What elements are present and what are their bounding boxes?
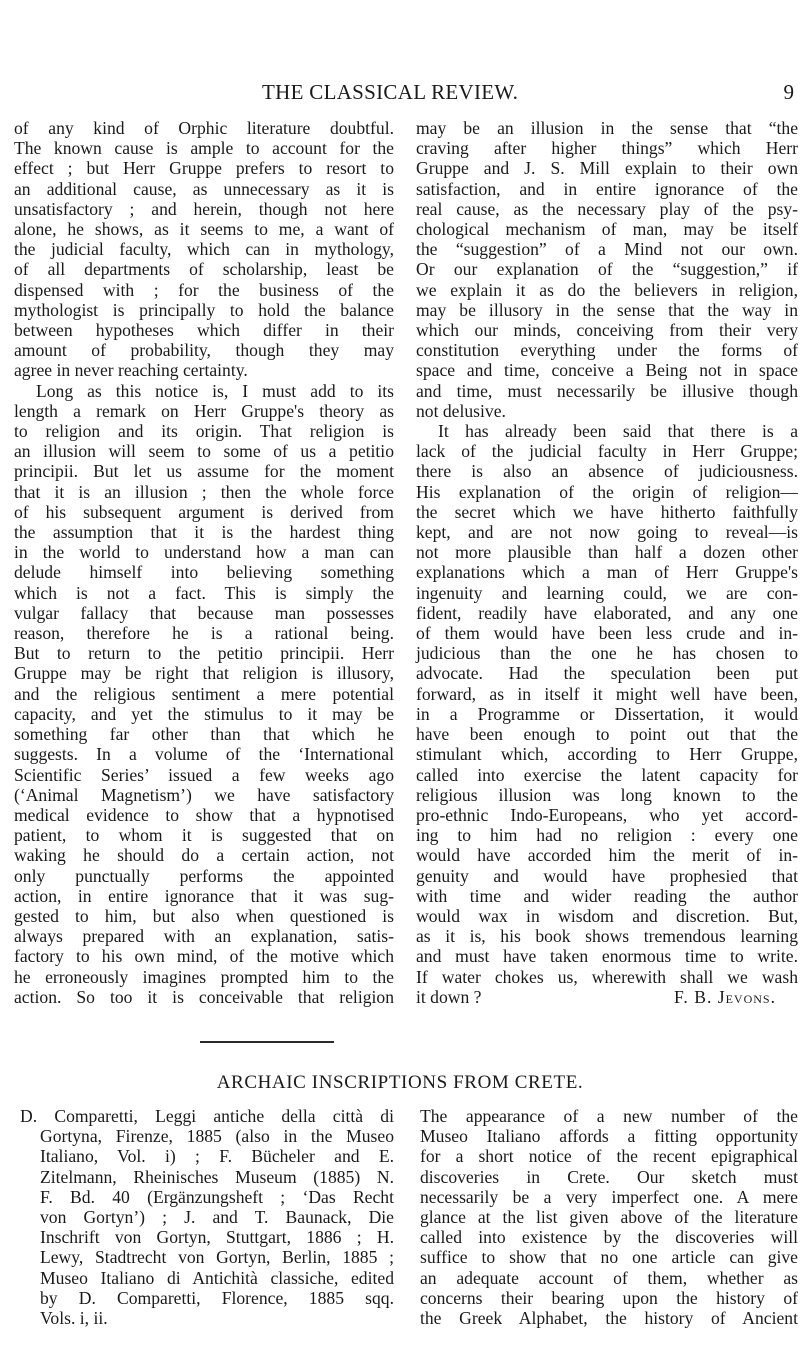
- section-divider: [200, 1041, 334, 1043]
- text-line: mythologist is principally to hold the b…: [14, 300, 394, 320]
- text-line: only punctually performs the appointed: [14, 866, 394, 886]
- text-line: The appearance of a new number of the: [420, 1106, 798, 1126]
- text-line: would have accorded him the merit of in-: [416, 845, 798, 865]
- text-line: von Gortyn’) ; J. and T. Baunack, Die: [20, 1207, 394, 1227]
- text-line: concerns their bearing upon the history …: [420, 1288, 798, 1308]
- text-line: not more plausible than half a dozen oth…: [416, 542, 798, 562]
- text-line: unsatisfactory ; and herein, though not …: [14, 199, 394, 219]
- text-line: called into existence by the discoveries…: [420, 1227, 798, 1247]
- text-line: would wax in wisdom and discretion. But,: [416, 906, 798, 926]
- text-line: the “suggestion” of a Mind not our own.: [416, 239, 798, 259]
- text-line: Scientific Series’ issued a few weeks ag…: [14, 765, 394, 785]
- text-line: explanations which a man of Herr Gruppe'…: [416, 562, 798, 582]
- text-line: chological mechanism of man, may be itse…: [416, 219, 798, 239]
- text-line: constitution everything under the forms …: [416, 340, 798, 360]
- text-line: that it is an illusion ; then the whole …: [14, 482, 394, 502]
- text-line: Inschrift von Gortyn, Stuttgart, 1886 ; …: [20, 1227, 394, 1247]
- text-line: with time and wider reading the author: [416, 886, 798, 906]
- bibliography-entry: D. Comparetti, Leggi antiche della città…: [20, 1106, 394, 1328]
- text-line: The known cause is ample to account for …: [14, 138, 394, 158]
- text-line: called into exercise the latent capacity…: [416, 765, 798, 785]
- text-line: Long as this notice is, I must add to it…: [14, 381, 394, 401]
- text-line: Museo Italiano affords a fitting opportu…: [420, 1126, 798, 1146]
- bibliography-block: D. Comparetti, Leggi antiche della città…: [20, 1106, 394, 1328]
- text-line: capacity, and yet the stimulus to it may…: [14, 704, 394, 724]
- text-line: the judicial faculty, which can in mytho…: [14, 239, 394, 259]
- text-line: delude himself into believing something: [14, 562, 394, 582]
- text-line: gested to him, but also when questioned …: [14, 906, 394, 926]
- text-line: something far other than that which he: [14, 724, 394, 744]
- text-line: His explanation of the origin of religio…: [416, 482, 798, 502]
- text-line: religious illusion was long known to the: [416, 785, 798, 805]
- text-line: Italiano, Vol. i) ; F. Bücheler and E.: [20, 1146, 394, 1166]
- text-line: vulgar fallacy that because man possesse…: [14, 603, 394, 623]
- text-line: the secret which we have hitherto faithf…: [416, 502, 798, 522]
- paragraph: The appearance of a new number of the Mu…: [420, 1106, 798, 1328]
- text-line: action. So too it is conceivable that re…: [14, 987, 394, 1007]
- text-line: for a short notice of the recent epigrap…: [420, 1146, 798, 1166]
- text-line: as it is, his book shows tremendous lear…: [416, 926, 798, 946]
- text-line: genuity and would have prophesied that: [416, 866, 798, 886]
- text-line: may be an illusion in the sense that “th…: [416, 118, 798, 138]
- text-line: length a remark on Herr Gruppe's theory …: [14, 401, 394, 421]
- text-line: pro-ethnic Indo-Europeans, who yet accor…: [416, 805, 798, 825]
- text-line: by D. Comparetti, Florence, 1885 sqq.: [20, 1288, 394, 1308]
- paragraph: of any kind of Orphic literature doubtfu…: [14, 118, 394, 381]
- article-heading: ARCHAIC INSCRIPTIONS FROM CRETE.: [0, 1072, 800, 1094]
- text-line: Museo Italiano di Antichità classiche, e…: [20, 1268, 394, 1288]
- text-line: there is also an absence of judiciousnes…: [416, 461, 798, 481]
- text-line: forward, as in itself it might well have…: [416, 684, 798, 704]
- text-line: medical evidence to show that a hypnotis…: [14, 805, 394, 825]
- review-right-column: may be an illusion in the sense that “th…: [416, 118, 798, 1007]
- text-line: amount of probability, though they may: [14, 340, 394, 360]
- text-line: the Greek Alphabet, the history of Ancie…: [420, 1308, 798, 1328]
- text-line: patient, to whom it is suggested that on: [14, 825, 394, 845]
- text-line: in the world to understand how a man can: [14, 542, 394, 562]
- text-line: suggests. In a volume of the ‘Internatio…: [14, 744, 394, 764]
- text-line: ingenuity and learning could, we are con…: [416, 583, 798, 603]
- paragraph: It has already been said that there is a…: [416, 421, 798, 1007]
- text-line: Vols. i, ii.: [20, 1308, 394, 1328]
- text-line: it down ?: [416, 987, 481, 1007]
- paragraph: may be an illusion in the sense that “th…: [416, 118, 798, 421]
- text-line: of all departments of scholarship, least…: [14, 259, 394, 279]
- page-number: 9: [784, 80, 795, 105]
- text-line: ing to him had no religion : every one: [416, 825, 798, 845]
- text-line: alone, he shows, as it seems to me, a wa…: [14, 219, 394, 239]
- text-line: F. Bd. 40 (Ergänzungsheft ; ‘Das Recht: [20, 1187, 394, 1207]
- text-line: which our minds, conceiving from their v…: [416, 320, 798, 340]
- text-line: If water chokes us, wherewith shall we w…: [416, 967, 798, 987]
- text-line: advocate. Had the speculation been put: [416, 663, 798, 683]
- text-line: of any kind of Orphic literature doubtfu…: [14, 118, 394, 138]
- text-line: space and time, conceive a Being not in …: [416, 360, 798, 380]
- text-line: Lewy, Stadtrecht von Gortyn, Berlin, 188…: [20, 1247, 394, 1267]
- text-line: an additional cause, as unnecessary as i…: [14, 179, 394, 199]
- text-line: and must have taken enormous time to wri…: [416, 946, 798, 966]
- text-line: kept, and are not now going to reveal—is: [416, 522, 798, 542]
- text-line: to religion and its origin. That religio…: [14, 421, 394, 441]
- text-line: in a Programme or Dissertation, it would: [416, 704, 798, 724]
- text-line: Zitelmann, Rheinisches Museum (1885) N.: [20, 1167, 394, 1187]
- text-line: he erroneously imagines prompted him to …: [14, 967, 394, 987]
- review-left-column: of any kind of Orphic literature doubtfu…: [14, 118, 394, 1007]
- text-line: (‘Animal Magnetism’) we have satisfactor…: [14, 785, 394, 805]
- text-line: satisfaction, and in entire ignorance of…: [416, 179, 798, 199]
- text-line: of them would have been less crude and i…: [416, 623, 798, 643]
- text-line: D. Comparetti, Leggi antiche della città…: [20, 1106, 394, 1126]
- text-line: stimulant which, according to Herr Grupp…: [416, 744, 798, 764]
- closing-line: it down ? F. B. Jevons.: [416, 987, 798, 1007]
- text-line: action, in entire ignorance that it was …: [14, 886, 394, 906]
- text-line: effect ; but Herr Gruppe prefers to reso…: [14, 158, 394, 178]
- text-line: It has already been said that there is a: [416, 421, 798, 441]
- text-line: and time, must necessarily be illusive t…: [416, 381, 798, 401]
- text-line: dispensed with ; for the business of the: [14, 280, 394, 300]
- text-line: fident, readily have elaborated, and any…: [416, 603, 798, 623]
- text-line: craving after higher things” which Herr: [416, 138, 798, 158]
- text-line: waking he should do a certain action, no…: [14, 845, 394, 865]
- text-line: principii. But let us assume for the mom…: [14, 461, 394, 481]
- text-line: between hypotheses which differ in their: [14, 320, 394, 340]
- text-line: an adequate account of them, whether as: [420, 1268, 798, 1288]
- text-line: of his subsequent argument is derived fr…: [14, 502, 394, 522]
- text-line: Or our explanation of the “suggestion,” …: [416, 259, 798, 279]
- text-line: factory to his own mind, of the motive w…: [14, 946, 394, 966]
- text-line: judicious than the one he has chosen to: [416, 643, 798, 663]
- article-body: The appearance of a new number of the Mu…: [420, 1106, 798, 1328]
- text-line: discoveries in Crete. Our sketch must: [420, 1167, 798, 1187]
- text-line: the assumption that it is the hardest th…: [14, 522, 394, 542]
- running-head: THE CLASSICAL REVIEW. 9: [0, 80, 800, 110]
- paragraph: Long as this notice is, I must add to it…: [14, 381, 394, 1007]
- text-line: have been enough to point out that the: [416, 724, 798, 744]
- text-line: Gruppe may be right that religion is ill…: [14, 663, 394, 683]
- text-line: and the religious sentiment a mere poten…: [14, 684, 394, 704]
- journal-title: THE CLASSICAL REVIEW.: [262, 80, 518, 105]
- text-line: lack of the judicial faculty in Herr Gru…: [416, 441, 798, 461]
- text-line: real cause, as the necessary play of the…: [416, 199, 798, 219]
- text-line: we explain it as do the believers in rel…: [416, 280, 798, 300]
- text-line: may be illusory in the sense that the wa…: [416, 300, 798, 320]
- text-line: glance at the list given above of the li…: [420, 1207, 798, 1227]
- text-line: agree in never reaching certainty.: [14, 360, 394, 380]
- text-line: reason, therefore he is a rational being…: [14, 623, 394, 643]
- text-line: which is not a fact. This is simply the: [14, 583, 394, 603]
- text-line: suffice to show that no one article can …: [420, 1247, 798, 1267]
- text-line: an illusion will seem to some of us a pe…: [14, 441, 394, 461]
- text-line: necessarily be a very imperfect one. A m…: [420, 1187, 798, 1207]
- text-line: always prepared with an explanation, sat…: [14, 926, 394, 946]
- text-line: Gruppe and J. S. Mill explain to their o…: [416, 158, 798, 178]
- text-line: But to return to the petitio principii. …: [14, 643, 394, 663]
- text-line: not delusive.: [416, 401, 798, 421]
- text-line: Gortyna, Firenze, 1885 (also in the Muse…: [20, 1126, 394, 1146]
- author-signature: F. B. Jevons.: [674, 987, 798, 1007]
